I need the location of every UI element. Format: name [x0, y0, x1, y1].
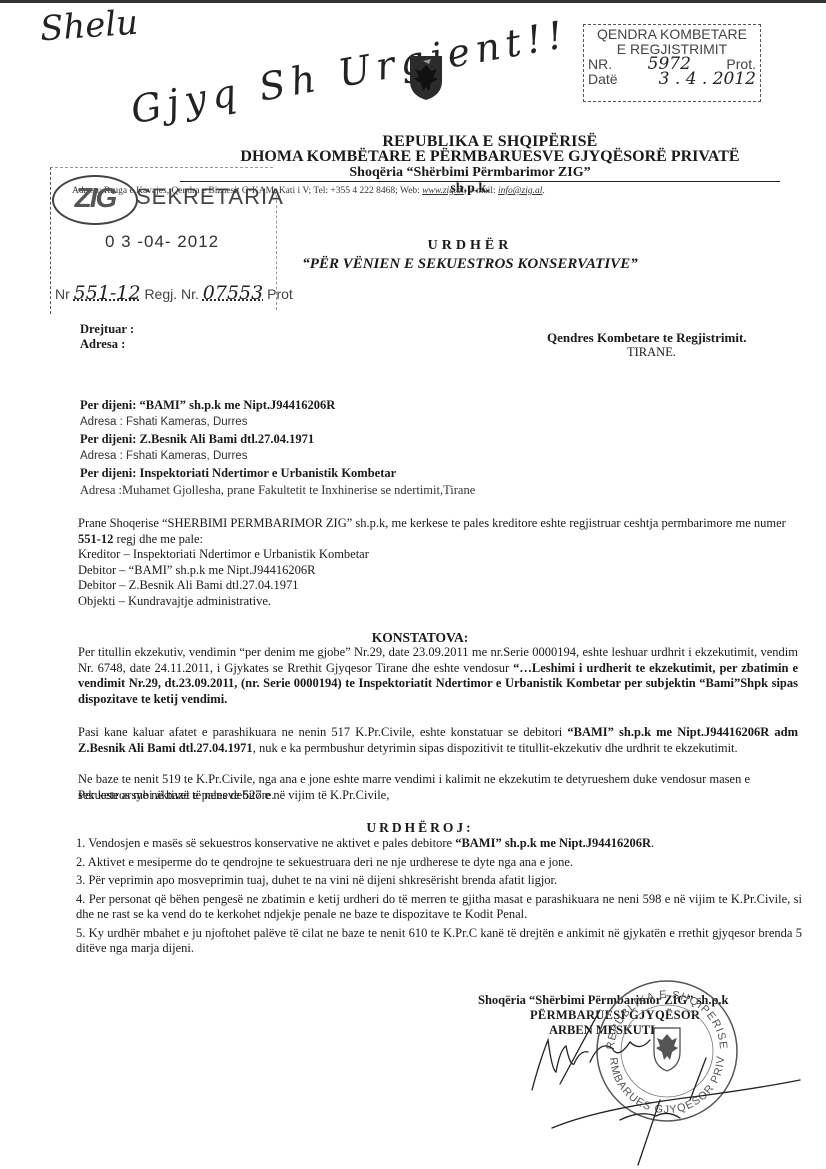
- order-item-2: 2. Aktivet e mesiperme do te qendrojne t…: [76, 855, 802, 871]
- konstatova-p2-end: , nuk e ka permbushur detyrimin sipas di…: [253, 741, 738, 755]
- intro-text: Prane Shoqerise “SHERBIMI PERMBARIMOR ZI…: [78, 516, 786, 530]
- contact-email-link[interactable]: info@zig.al: [498, 186, 542, 196]
- order-item-1: 1. Vendosjen e masës së sekuestros konse…: [76, 836, 802, 852]
- secretariat-prot-label: Prot: [267, 286, 293, 302]
- urdheroj-list: 1. Vendosjen e masës së sekuestros konse…: [76, 836, 802, 960]
- handwritten-note-top-left: Shelu: [39, 3, 140, 50]
- per-dijeni-address: Adresa :Muhamet Gjollesha, prane Fakulte…: [80, 482, 475, 499]
- secretariat-date: 0 3 -04- 2012: [105, 232, 219, 252]
- registry-date-value: 3 . 4 . 2012: [659, 72, 756, 87]
- per-dijeni-name: “BAMI” sh.p.k me Nipt.J94416206R: [139, 398, 335, 412]
- party-debtor-company: Debitor – “BAMI” sh.p.k me Nipt.J9441620…: [78, 563, 798, 579]
- per-dijeni-address: Adresa : Fshati Kameras, Durres: [80, 448, 475, 465]
- order-item-1-end: .: [651, 836, 654, 850]
- secretariat-numbers: Nr 551-12 Regj. Nr. 07553 Prot: [55, 282, 293, 304]
- case-object: Objekti – Kundravajtje administrative.: [78, 594, 798, 610]
- coat-of-arms-icon: [409, 55, 443, 101]
- konstatova-paragraph-1: Per titullin ekzekutiv, vendimin “per de…: [78, 645, 798, 707]
- addressee-name: Qendres Kombetare te Regjistrimit.: [547, 330, 747, 346]
- addressee-city: TIRANE.: [627, 345, 676, 360]
- zig-logo: ZIG: [52, 175, 138, 225]
- per-dijeni-address: Adresa : Fshati Kameras, Durres: [80, 414, 475, 431]
- contact-web-link[interactable]: www.zig.al: [422, 186, 464, 196]
- per-dijeni-name: Inspektoriati Ndertimor e Urbanistik Kom…: [139, 466, 396, 480]
- official-seal-icon: REPUBLIKA E SHQIPERISE PERMBARUES GJYQES…: [592, 976, 742, 1126]
- registry-stamp: QENDRA KOMBETARE E REGJISTRIMIT NR. 5972…: [583, 24, 761, 102]
- intro-text-end: regj dhe me pale:: [113, 532, 203, 546]
- contact-suffix: .: [542, 186, 544, 196]
- document-subtitle: “PËR VËNIEN E SEKUESTROS KONSERVATIVE”: [240, 256, 700, 273]
- registry-date-label: Datë: [588, 72, 618, 87]
- drejtuar-label: Drejtuar :: [80, 322, 134, 337]
- per-dijeni-item: Per dijeni: Inspektoriati Ndertimor e Ur…: [80, 465, 475, 499]
- secretariat-title: SEKRETARIA: [136, 184, 284, 210]
- secretariat-regj-label: Regj. Nr.: [144, 286, 198, 302]
- order-item-1-text: 1. Vendosjen e masës së sekuestros konse…: [76, 836, 455, 850]
- registry-stamp-line1: QENDRA KOMBETARE: [588, 27, 756, 42]
- konstatova-paragraph-4: Per kete arsye në bazë të neneve 527 e n…: [78, 788, 798, 804]
- party-debtor-person: Debitor – Z.Besnik Ali Bami dtl.27.04.19…: [78, 578, 798, 594]
- case-number: 551-12: [78, 532, 113, 546]
- header-chamber: DHOMA KOMBËTARE E PËRMBARUESVE GJYQËSORË…: [150, 148, 826, 166]
- konstatova-paragraph-2: Pasi kane kaluar afatet e parashikuara n…: [78, 725, 798, 756]
- order-item-3: 3. Për veprimin apo mosveprimin tuaj, du…: [76, 873, 802, 889]
- registry-nr-label: NR.: [588, 57, 612, 72]
- secretariat-nr-value: 551-12: [74, 282, 141, 304]
- addressee-labels: Drejtuar : Adresa :: [80, 322, 134, 352]
- konstatova-p2-text: Pasi kane kaluar afatet e parashikuara n…: [78, 725, 567, 739]
- party-creditor: Kreditor – Inspektoriati Ndertimor e Urb…: [78, 547, 798, 563]
- document-title: URDHËR: [280, 238, 660, 254]
- per-dijeni-label: Per dijeni:: [80, 398, 136, 412]
- order-item-1-debtor: “BAMI” sh.p.k me Nipt.J94416206R: [455, 836, 651, 850]
- per-dijeni-name: Z.Besnik Ali Bami dtl.27.04.1971: [139, 432, 314, 446]
- urdheroj-heading: URDHËROJ:: [300, 820, 540, 836]
- order-item-5: 5. Ky urdhër mbahet e ju njoftohet palëv…: [76, 926, 802, 957]
- registry-stamp-date-row: Datë 3 . 4 . 2012: [588, 72, 756, 87]
- order-item-4: 4. Per personat që bëhen pengesë ne zbat…: [76, 892, 802, 923]
- handwritten-note-urgent: Gjyq Sh Urgjent!!: [128, 12, 573, 132]
- per-dijeni-list: Per dijeni: “BAMI” sh.p.k me Nipt.J94416…: [80, 397, 475, 499]
- per-dijeni-item: Per dijeni: Z.Besnik Ali Bami dtl.27.04.…: [80, 431, 475, 465]
- per-dijeni-label: Per dijeni:: [80, 432, 136, 446]
- adresa-label: Adresa :: [80, 337, 134, 352]
- contact-email-label: ; e-mail:: [464, 186, 498, 196]
- per-dijeni-label: Per dijeni:: [80, 466, 136, 480]
- secretariat-nr-label: Nr: [55, 286, 70, 302]
- secretariat-regj-value: 07553: [203, 282, 263, 304]
- intro-paragraph: Prane Shoqerise “SHERBIMI PERMBARIMOR ZI…: [78, 516, 798, 609]
- konstatova-heading: KONSTATOVA:: [300, 630, 540, 646]
- per-dijeni-item: Per dijeni: “BAMI” sh.p.k me Nipt.J94416…: [80, 397, 475, 431]
